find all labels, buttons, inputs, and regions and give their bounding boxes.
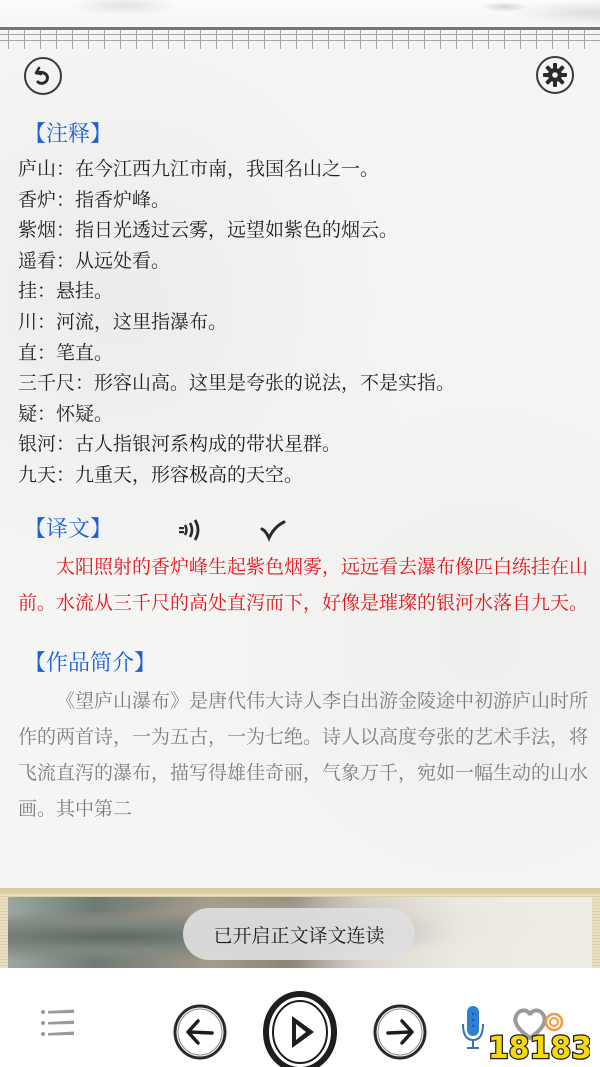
settings-button[interactable] xyxy=(536,56,574,94)
svg-text:18183: 18183 xyxy=(490,1031,590,1066)
menu-button[interactable] xyxy=(38,1006,78,1042)
mountain-art xyxy=(70,0,180,16)
note-item: 紫烟：指日光透过云雾，远望如紫色的烟云。 xyxy=(18,215,588,246)
back-button[interactable] xyxy=(24,57,62,95)
note-item: 香炉：指香炉峰。 xyxy=(18,185,588,216)
fretwork-border xyxy=(0,27,600,49)
back-arrow-icon xyxy=(30,63,56,89)
notes-list: 庐山：在今江西九江市南，我国名山之一。 香炉：指香炉峰。 紫烟：指日光透过云雾，… xyxy=(18,154,588,491)
next-arrow-icon xyxy=(372,1004,428,1060)
microphone-button[interactable] xyxy=(460,1004,486,1052)
previous-button[interactable] xyxy=(172,1004,228,1060)
note-item: 庐山：在今江西九江市南，我国名山之一。 xyxy=(18,154,588,185)
note-item: 三千尺：形容山高。这里是夸张的说法，不是实指。 xyxy=(18,368,588,399)
previous-arrow-icon xyxy=(172,1004,228,1060)
watermark-logo: 18183 xyxy=(490,1018,590,1066)
translation-header: 【译文】 xyxy=(24,513,588,547)
notes-heading: 【注释】 xyxy=(24,118,588,152)
speaker-icon[interactable] xyxy=(176,517,206,543)
check-icon[interactable] xyxy=(258,517,288,543)
note-item: 疑：怀疑。 xyxy=(18,399,588,430)
poem-details: 【注释】 庐山：在今江西九江市南，我国名山之一。 香炉：指香炉峰。 紫烟：指日光… xyxy=(18,118,588,829)
note-item: 银河：古人指银河系构成的带状星群。 xyxy=(18,429,588,460)
list-menu-icon xyxy=(38,1006,78,1042)
gear-icon xyxy=(541,61,569,89)
play-button[interactable] xyxy=(262,990,338,1067)
intro-text: 《望庐山瀑布》是唐代伟大诗人李白出游金陵途中初游庐山时所作的两首诗，一为五古，一… xyxy=(18,683,588,829)
note-item: 遥看：从远处看。 xyxy=(18,246,588,277)
note-item: 挂：悬挂。 xyxy=(18,276,588,307)
translation-text: 太阳照射的香炉峰生起紫色烟雾，远远看去瀑布像匹白练挂在山前。水流从三千尺的高处直… xyxy=(18,549,588,621)
toast-message: 已开启正文译文连读 xyxy=(183,908,415,960)
top-decorative-painting xyxy=(0,0,600,30)
bottom-toolbar: 18183 xyxy=(0,968,600,1067)
next-button[interactable] xyxy=(372,1004,428,1060)
note-item: 九天：九重天，形容极高的天空。 xyxy=(18,460,588,491)
mist-art xyxy=(510,0,600,26)
intro-heading: 【作品简介】 xyxy=(24,647,588,681)
microphone-icon xyxy=(460,1004,486,1052)
note-item: 川：河流，这里指瀑布。 xyxy=(18,307,588,338)
play-icon xyxy=(262,990,338,1067)
note-item: 直：笔直。 xyxy=(18,338,588,369)
translation-heading: 【译文】 xyxy=(24,513,112,547)
